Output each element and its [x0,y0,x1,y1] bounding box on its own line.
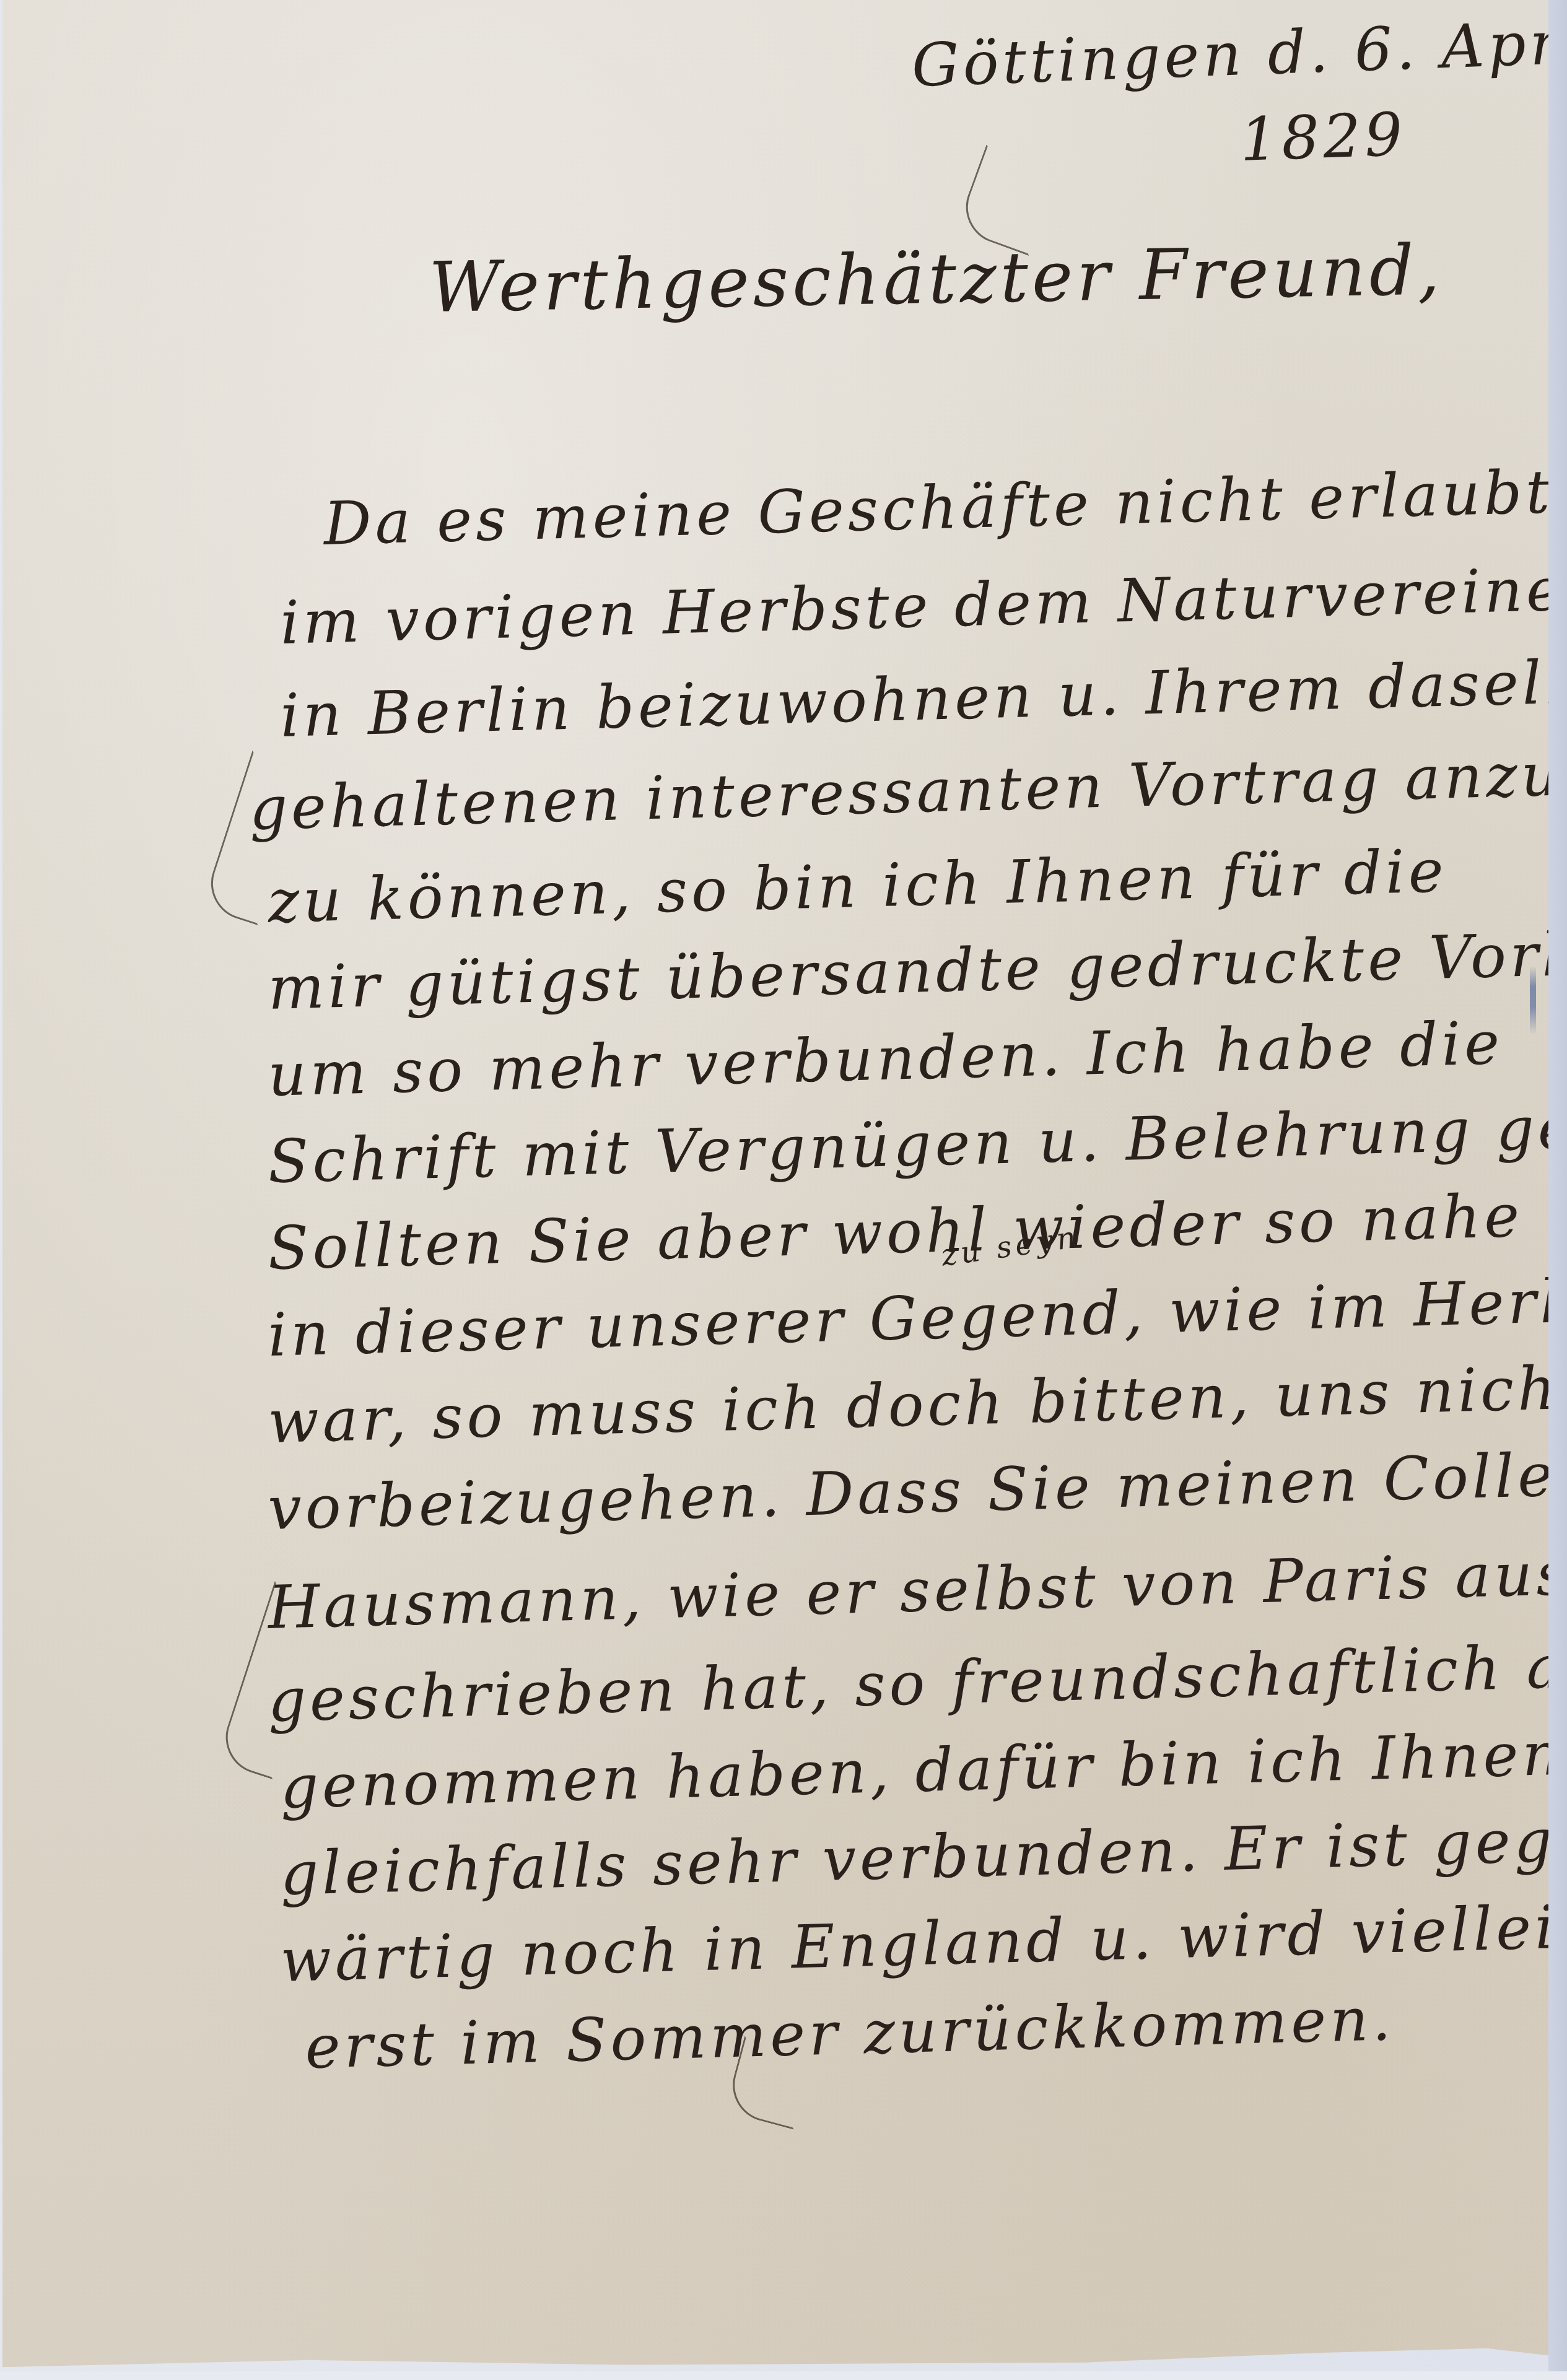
body-line-2: im vorigen Herbste dem Naturvereine [279,555,1566,658]
body-line-16: gleichfalls sehr verbunden. Er ist gegen… [279,1803,1567,1909]
body-line-18: erst im Sommer zurückkommen. [304,1984,1395,2082]
dateline: Göttingen d. 6. Apr. [910,8,1567,100]
body-line-4: gehaltenen interessanten Vortrag anzuhör… [248,734,1567,843]
body-line-11: war, so muss ich doch bitten, uns nicht [267,1353,1567,1457]
body-line-3: in Berlin beizuwohnen u. Ihrem daselbst [279,645,1567,751]
body-line-9: Sollten Sie aber wohl wieder so nahe [267,1181,1524,1283]
salutation: Werthgeschätzter Freund, [429,230,1444,328]
letter-sheet: Göttingen d. 6. Apr. 1829 Werthgeschätzt… [2,0,1548,2372]
body-line-5: zu können, so bin ich Ihnen für die [267,836,1448,936]
backing-board-right [1548,0,1567,2380]
body-line-17: wärtig noch in England u. wird vielleich… [279,1890,1567,1995]
letter-photograph: Göttingen d. 6. Apr. 1829 Werthgeschätzt… [0,0,1567,2380]
body-line-7: um so mehr verbunden. Ich habe die [267,1008,1504,1110]
body-line-14: geschrieben hat, so freundschaftlich auf… [267,1629,1567,1735]
body-line-13: Hausmann, wie er selbst von Paris aus [267,1539,1567,1642]
body-line-1: Da es meine Geschäfte nicht erlaubten [323,455,1567,559]
dateline-year: 1829 [1239,100,1407,175]
backing-board-bottom [0,2371,1567,2380]
body-line-12: vorbeizugehen. Dass Sie meinen Collegen [267,1437,1567,1543]
body-line-15: genommen haben, dafür bin ich Ihnen [279,1719,1565,1822]
